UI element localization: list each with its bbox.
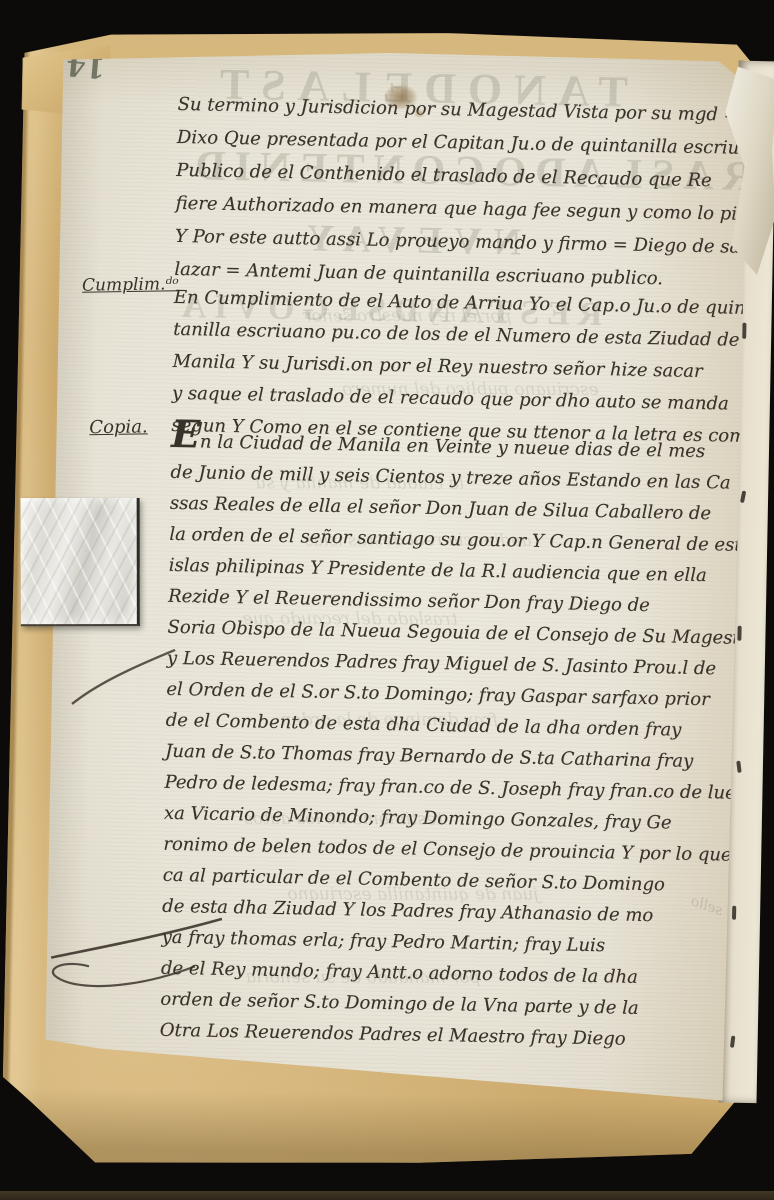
paragraph-opening: Su termino y Jurisdicion por su Magestad… — [174, 88, 744, 297]
margin-note-cumplimiento: Cumplim.ᵈᵒ — [82, 274, 179, 296]
manuscript-page: TANODELAST TRASLADOCONTENID NVEVAY RESTA… — [39, 44, 749, 1107]
bound-volume: TANODELAST TRASLADOCONTENID NVEVAY RESTA… — [0, 19, 774, 1191]
binding-stitch — [730, 1036, 735, 1048]
pen-flourish — [44, 906, 226, 999]
binding-stitch — [732, 906, 736, 920]
binding-stitch — [737, 626, 741, 641]
mat-edge-strip — [0, 1191, 774, 1200]
binding-stitch — [742, 323, 746, 339]
binding-stitch — [736, 761, 741, 773]
margin-note-copia: Copia. — [89, 416, 148, 438]
ink-blot — [413, 108, 425, 118]
pen-flourish — [68, 640, 179, 712]
paragraph-copia: En la Ciudad de Manila en Veinte y nueue… — [159, 424, 737, 1057]
foil-patch — [21, 498, 140, 626]
binding-stitch — [740, 491, 746, 504]
